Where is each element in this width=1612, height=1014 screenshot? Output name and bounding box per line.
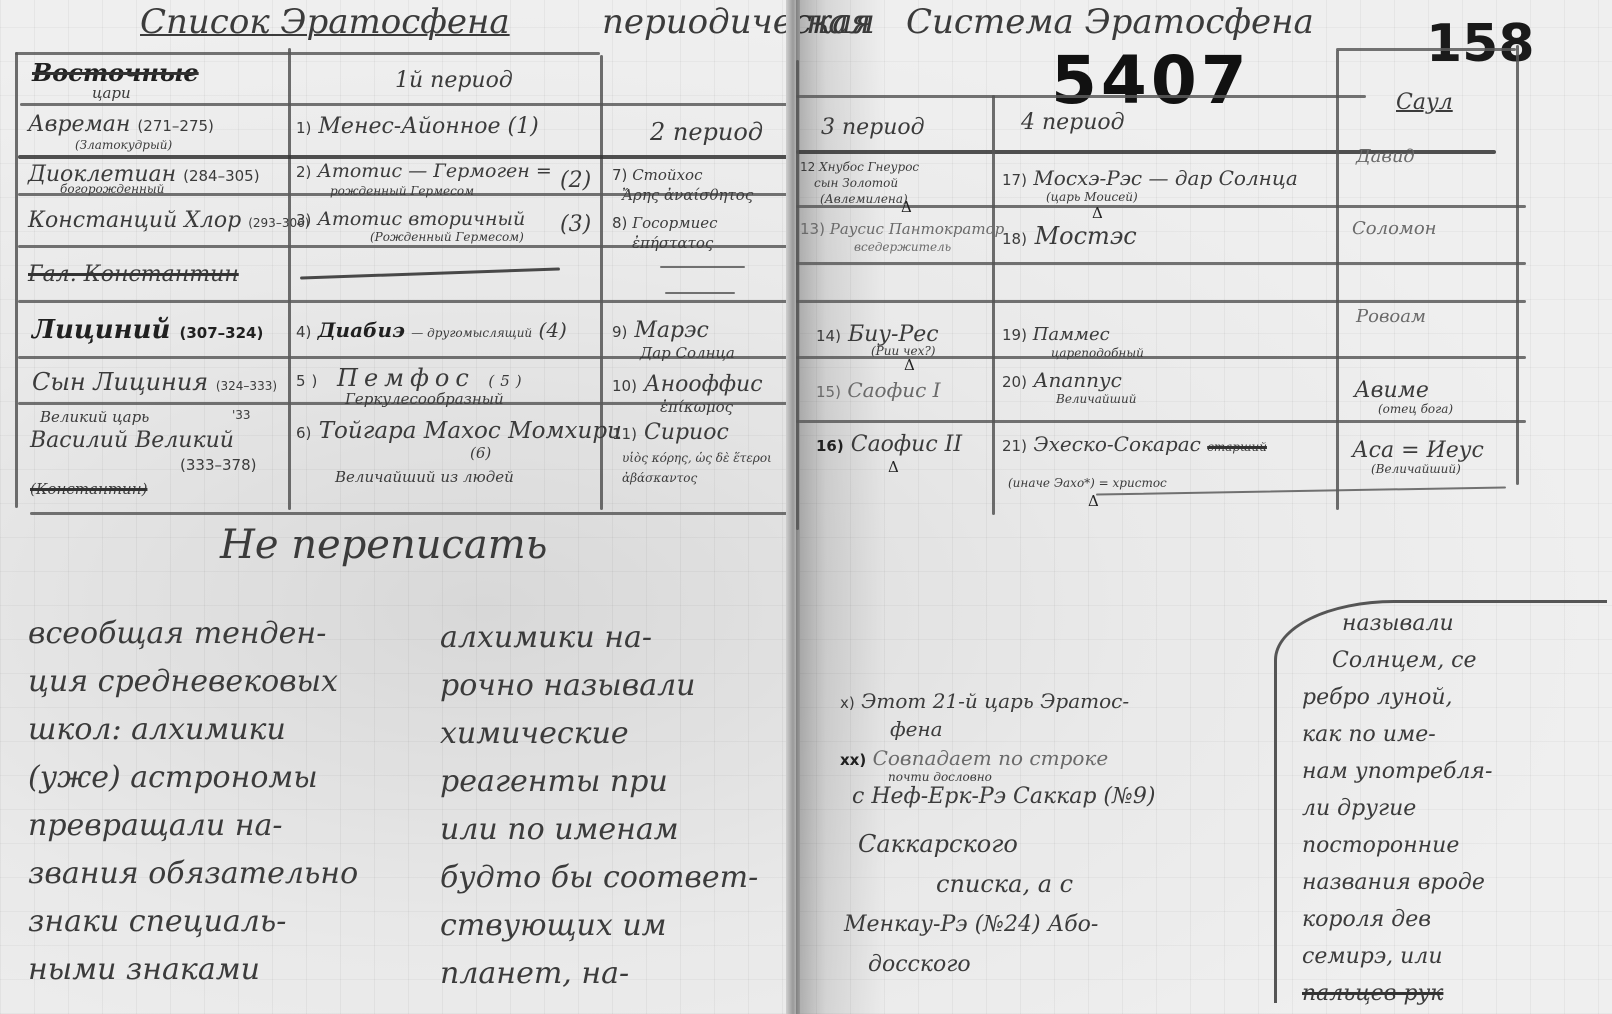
p1-row-2-ref: (2) — [560, 168, 591, 193]
col-header-kings: Восточные — [32, 58, 199, 87]
footnote-line-5: Менкау-Рэ (№24) Або- — [844, 912, 1098, 937]
p1-row-2: 2) Атотис — Гермоген = — [296, 160, 552, 182]
p2-row-11-sub: υἱὸς κόρης, ὡς δὲ ἕτεροι ἀβάσκαντος — [622, 448, 782, 488]
p3-row-12-sub: сын Золотой — [814, 176, 898, 190]
row-number: 17) — [1002, 171, 1027, 189]
p4-row-17: 17) Мосхэ-Рэс — дар Солнца — [1002, 166, 1298, 190]
table-left-border — [15, 52, 18, 508]
row-number: 5) — [296, 372, 323, 390]
p2-row-8-sub: ἐπήστατος — [632, 234, 713, 252]
p2-row-11: 11) Сириос — [612, 420, 729, 445]
king-row-6: Сын Лициния (324–333) — [32, 368, 277, 396]
saul-row-5-sub: (Величайший) — [1371, 462, 1461, 476]
p3-row-13: 13) Раусис Пантократор — [800, 220, 1004, 238]
row-ref: (4) — [539, 318, 567, 342]
row-line-r4 — [796, 300, 1526, 303]
p1-row-3: 3) Атотис вторичный — [296, 208, 525, 230]
row-text: Госормиес — [632, 214, 717, 232]
note-line: планет, на- — [440, 950, 758, 998]
p1-row-4: 4) Диабиэ — другомыслящий (4) — [296, 318, 567, 342]
footnote-text: Этот 21-й царь Эратос- — [861, 689, 1129, 713]
row-text: Эхеско-Сокарас — [1033, 432, 1201, 456]
row-line-4 — [18, 300, 798, 303]
footnote-x: x) Этот 21-й царь Эратос- фена — [840, 688, 1129, 742]
col-header-period-4: 4 период — [1021, 110, 1125, 135]
king-row-7: Василий Великий — [30, 428, 234, 453]
row-number: 3) — [296, 211, 311, 229]
col-divider-r2 — [1336, 50, 1339, 510]
footnote-xx-cont: с Неф-Ерк-Рэ Саккар (№9) — [852, 784, 1155, 809]
note-line: ребро луной, — [1302, 679, 1492, 716]
p2-row-8: 8) Госормиес — [612, 214, 718, 232]
col-divider-r3 — [1516, 45, 1519, 485]
note-far-right: называли Солнцем, се ребро луной, как по… — [1302, 605, 1492, 1012]
p4-row-17-sub: (царь Моисей) — [1046, 190, 1138, 204]
row-text: Сириос — [644, 420, 729, 445]
row-text: Саофис II — [851, 432, 962, 457]
p1-row-6-sub: Величайший из людей — [335, 468, 514, 486]
p2-row-7-sub: Ἄρης ἀναίσθητος — [622, 186, 753, 204]
king-years: (307–324) — [180, 324, 264, 342]
note-line: названия вроде — [1302, 864, 1492, 901]
title-left: Список Эратосфена — [140, 2, 510, 42]
p3-row-12: 12 Хнубос Гнеурос — [800, 160, 919, 174]
row-text: Атотис вторичный — [317, 208, 525, 230]
row-text: Менес-Айонное — [318, 114, 500, 139]
dash-2 — [665, 292, 735, 294]
row-number: 14) — [816, 327, 841, 345]
row-line-r3 — [796, 262, 1526, 265]
row-text: Паммес — [1033, 324, 1110, 345]
note-line: или по именам — [440, 806, 758, 854]
note-line: звания обязательно — [28, 850, 358, 898]
header-line-r — [796, 95, 1366, 98]
row-text: Стойхос — [632, 166, 702, 184]
note-line: называли — [1302, 605, 1492, 642]
header-separator — [20, 103, 800, 106]
note-line: будто бы соответ- — [440, 854, 758, 902]
note-line: семирэ, или — [1302, 938, 1492, 975]
row-number: 18) — [1002, 230, 1027, 248]
title-right: Система Эратосфена — [906, 2, 1314, 42]
p1-row-5-sub: Геркулесообразный — [345, 390, 504, 408]
footnote-line-3: Саккарского — [858, 830, 1018, 858]
saul-box-top — [1336, 48, 1516, 51]
note-line: химические — [440, 710, 758, 758]
row-number: 15) — [816, 383, 841, 401]
col-divider-r0 — [796, 60, 799, 530]
row-text: Марэс — [634, 318, 708, 343]
p1-row-5: 5) Пемфос (5) — [296, 364, 528, 392]
col-header-kings-sub: цари — [92, 84, 131, 102]
row-text: Саофис I — [847, 378, 940, 402]
saul-row-4-sub: (отец бога) — [1378, 402, 1453, 416]
footnote-mark: xx) — [840, 751, 866, 769]
row-text: Анооффис — [644, 372, 763, 397]
notebook-spread: Список Эратосфена периодическая Восточны… — [0, 0, 1612, 1014]
king-name: Авреман — [28, 112, 130, 137]
king-row-3: Констанций Хлор (293–306) — [28, 208, 309, 233]
note-line: алхимики на- — [440, 614, 758, 662]
note-line: рочно называли — [440, 662, 758, 710]
p4-row-21: 21) Эхеско-Сокарас старший — [1002, 432, 1267, 456]
col-divider-r1 — [992, 95, 995, 515]
footnote-cont: фена — [840, 717, 943, 741]
king-years: (271–275) — [137, 117, 213, 135]
row-text: Пемфос — [337, 364, 475, 392]
saul-row-2: Соломон — [1352, 218, 1437, 239]
p1-row-6: 6) Тойгара Махос Момхири — [296, 418, 622, 444]
note-line: (уже) астрономы — [28, 754, 358, 802]
table-bottom-border — [30, 512, 790, 515]
left-page: Список Эратосфена периодическая Восточны… — [0, 0, 796, 1014]
p3-row-16: 16) Саофис II — [816, 432, 962, 457]
king-row-7-note: Великий царь — [40, 408, 149, 426]
dash-1 — [660, 266, 745, 268]
king-row-1: Авреман (271–275) — [28, 112, 214, 137]
p1-row-3-ref: (3) — [560, 212, 591, 237]
p3-row-12-sub2: (Авлемилена) — [820, 192, 908, 206]
p2-row-9-sub: Дар Солнца — [640, 344, 735, 362]
p4-row-21-sub: (иначе Эахо*) = христос — [1008, 476, 1167, 490]
p2-row-9: 9) Марэс — [612, 318, 709, 343]
right-page: ная Система Эратосфена 5407 158 3 период… — [796, 0, 1612, 1014]
note-line: превращали на- — [28, 802, 358, 850]
row-text: Атотис — Гермоген = — [317, 160, 551, 182]
p1-row-6-ref: (6) — [470, 444, 491, 462]
row-text: Раусис Пантократор — [830, 220, 1005, 238]
p1-row-1: 1) Менес-Айонное (1) — [296, 114, 539, 139]
p4-row-19-sub: цареподобный — [1051, 346, 1144, 360]
footnote-xx: xx) Совпадает по строке — [840, 746, 1108, 770]
p4-row-20: 20) Апаппус — [1002, 368, 1122, 392]
king-note-2: богорожденный — [60, 182, 164, 196]
saul-row-3: Ровоам — [1356, 306, 1426, 327]
footnote-mark: x) — [840, 694, 855, 712]
row-number: 19) — [1002, 326, 1027, 344]
row-text: Апаппус — [1033, 368, 1122, 392]
strike-scribble — [300, 267, 560, 279]
title-center-cont: ная — [806, 2, 871, 42]
note-line: ными знаками — [28, 946, 358, 994]
note-line: как по име- — [1302, 716, 1492, 753]
note-line: школ: алхимики — [28, 706, 358, 754]
row-number: 16) — [816, 437, 844, 455]
p2-row-7: 7) Стойхос — [612, 166, 702, 184]
note-middle-column: алхимики на- рочно называли химические р… — [440, 614, 758, 998]
saul-row-4: Авиме — [1354, 378, 1429, 403]
delta-mark: Δ — [904, 356, 915, 374]
p4-row-18: 18) Мостэс — [1002, 222, 1137, 250]
king-name: Лициний — [32, 315, 170, 345]
row-number: 11) — [612, 425, 637, 443]
p1-row-3-sub: (Рожденный Гермесом) — [370, 230, 524, 244]
delta-mark: Δ — [901, 198, 912, 216]
col-header-saul: Саул — [1396, 90, 1453, 115]
p4-row-20-sub: Величайший — [1056, 392, 1136, 406]
row-text: Мосхэ-Рэс — дар Солнца — [1033, 166, 1297, 190]
note-line: нам употребля- — [1302, 753, 1492, 790]
p2-row-10-sub: ἐπίκωμος — [660, 398, 733, 416]
row-ref: (5) — [488, 372, 527, 390]
saul-row-1: Давид — [1356, 146, 1415, 167]
king-row-7-extra: '33 — [232, 408, 251, 422]
king-name: Сын Лициния — [32, 368, 208, 396]
row-number: 20) — [1002, 373, 1027, 391]
p2-row-10: 10) Анооффис — [612, 372, 763, 397]
row-line-r6 — [796, 420, 1526, 423]
row-text: Мостэс — [1035, 222, 1137, 250]
row-number: 2) — [296, 163, 311, 181]
king-name: Констанций Хлор — [28, 208, 241, 233]
archive-number: 5407 — [1051, 42, 1251, 119]
col-header-period-1: 1й период — [395, 68, 513, 93]
note-line: всеобщая тенден- — [28, 610, 358, 658]
row-text: Хнубос Гнеурос — [819, 160, 919, 174]
note-line: посторонние — [1302, 827, 1492, 864]
note-line: ствующих им — [440, 902, 758, 950]
footnote-text: Совпадает по строке — [873, 746, 1109, 770]
king-row-5: Лициний (307–324) — [32, 315, 263, 345]
king-years: (284–305) — [183, 167, 259, 185]
p4-row-19: 19) Паммес — [1002, 324, 1110, 345]
king-row-7-struck: (Константин) — [30, 480, 147, 498]
note-left-column: всеобщая тенден- ция средневековых школ:… — [28, 610, 358, 994]
note-line: ция средневековых — [28, 658, 358, 706]
col-divider-1 — [288, 48, 291, 510]
footnote-line-6: досского — [868, 952, 971, 977]
row-number: 1) — [296, 119, 311, 137]
row-number: 6) — [296, 424, 311, 442]
row-number: 8) — [612, 214, 627, 232]
row-struck: старший — [1207, 440, 1267, 454]
delta-mark: Δ — [888, 458, 899, 476]
king-row-7-years: (333–378) — [180, 456, 256, 474]
row-line-1 — [18, 155, 798, 159]
delta-mark: Δ — [1092, 204, 1103, 222]
row-number: 12 — [800, 160, 815, 174]
row-number: 7) — [612, 166, 627, 184]
row-sub: — другомыслящий — [411, 326, 532, 340]
row-text: Тойгара Махос Момхири — [319, 418, 622, 444]
note-line: ли другие — [1302, 790, 1492, 827]
col-header-period-2: 2 период — [650, 118, 763, 146]
row-number: 13) — [800, 220, 825, 238]
row-number: 10) — [612, 377, 637, 395]
col-header-period-3: 3 период — [821, 115, 925, 140]
row-number: 4) — [296, 323, 311, 341]
row-number: 21) — [1002, 437, 1027, 455]
row-number: 9) — [612, 323, 627, 341]
note-line: реагенты при — [440, 758, 758, 806]
note-line: знаки специаль- — [28, 898, 358, 946]
row-ref: (1) — [508, 114, 539, 139]
do-not-copy-note: Не переписать — [220, 522, 547, 568]
king-row-4-struck: Гал. Константин — [28, 262, 239, 287]
king-years: (324–333) — [216, 379, 277, 393]
p1-row-2-sub: рожденный Гермесом — [330, 184, 474, 198]
p3-row-15: 15) Саофис I — [816, 378, 941, 402]
note-line: короля дев — [1302, 901, 1492, 938]
note-line: Солнцем, се — [1302, 642, 1492, 679]
row-text: Диабиэ — [318, 318, 405, 342]
king-note-1: (Златокудрый) — [75, 138, 172, 152]
footnote-xx-sub: почти дословно — [888, 770, 992, 784]
note-line: пальцев рук — [1302, 975, 1492, 1012]
saul-row-5: Аса = Иеус — [1352, 438, 1484, 463]
p3-row-13-sub: вседержитель — [854, 240, 951, 254]
table-top-border — [15, 52, 600, 55]
footnote-line-4: списка, а с — [936, 870, 1073, 898]
